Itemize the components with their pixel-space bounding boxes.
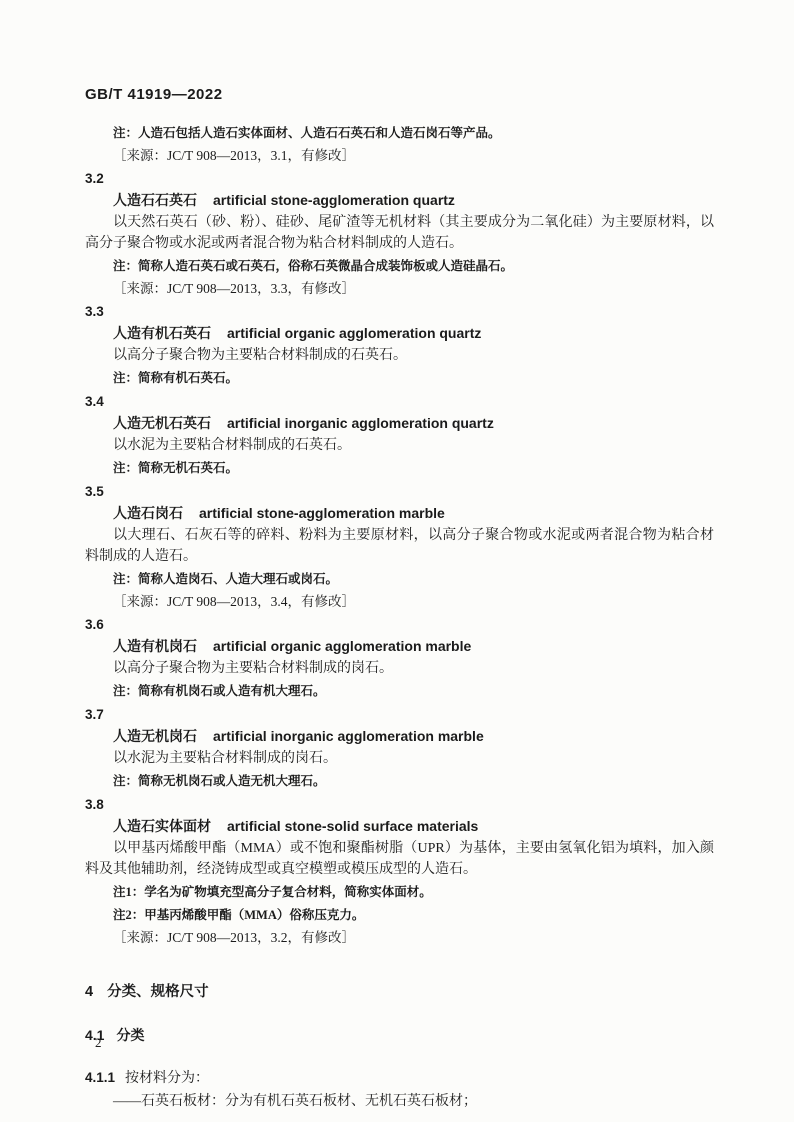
term-3-1-tail: 注：人造石包括人造石实体面材、人造石石英石和人造石岗石等产品。 ［来源：JC/T…: [85, 123, 714, 166]
term-3-5: 3.5 人造石岗石artificial stone-agglomeration …: [85, 481, 714, 612]
term-note: 注：简称人造岗石、人造大理石或岗石。: [113, 569, 714, 590]
term-heading: 人造无机岗石artificial inorganic agglomeration…: [113, 726, 714, 747]
term-note: 注：简称无机岗石或人造无机大理石。: [113, 771, 714, 792]
standard-number: GB/T 41919—2022: [85, 86, 714, 103]
term-3-4: 3.4 人造无机石英石artificial inorganic agglomer…: [85, 391, 714, 479]
term-note: 注：简称有机岗石或人造有机大理石。: [113, 681, 714, 702]
term-definition: 以高分子聚合物为主要粘合材料制成的岗石。: [85, 658, 714, 679]
source-reference: ［来源：JC/T 908—2013，3.3，有修改］: [113, 278, 714, 299]
term-note: 注：简称无机石英石。: [113, 458, 714, 479]
term-name-zh: 人造石石英石: [113, 192, 197, 208]
page-number: 2: [95, 1035, 102, 1051]
term-3-8: 3.8 人造石实体面材artificial stone-solid surfac…: [85, 794, 714, 948]
term-3-6: 3.6 人造有机岗石artificial organic agglomerati…: [85, 614, 714, 702]
list-item: ——石英石板材：分为有机石英石板材、无机石英石板材；: [85, 1091, 714, 1112]
clause-number: 4: [85, 984, 93, 1000]
term-note-2: 注2：甲基丙烯酸甲酯（MMA）俗称压克力。: [113, 905, 714, 926]
clause-4-1-1: 4.1.1按材料分为：: [85, 1067, 714, 1089]
term-3-7: 3.7 人造无机岗石artificial inorganic agglomera…: [85, 704, 714, 792]
term-name-zh: 人造无机石英石: [113, 415, 211, 431]
term-name-en: artificial stone-agglomeration quartz: [213, 192, 455, 208]
term-note: 注：人造石包括人造石实体面材、人造石石英石和人造石岗石等产品。: [113, 123, 714, 144]
source-reference: ［来源：JC/T 908—2013，3.2，有修改］: [113, 927, 714, 948]
term-name-en: artificial organic agglomeration marble: [213, 638, 471, 654]
term-note: 注：简称有机石英石。: [113, 368, 714, 389]
clause-4-heading: 4分类、规格尺寸: [85, 980, 714, 1001]
clause-title: 分类、规格尺寸: [107, 984, 209, 1000]
term-name-en: artificial stone-agglomeration marble: [199, 505, 445, 521]
term-note: 注：简称人造石英石或石英石，俗称石英微晶合成装饰板或人造硅晶石。: [113, 256, 714, 277]
term-definition: 以天然石英石（砂、粉）、硅砂、尾矿渣等无机材料（其主要成分为二氧化硅）为主要原材…: [85, 212, 714, 254]
document-page: GB/T 41919—2022 注：人造石包括人造石实体面材、人造石石英石和人造…: [0, 0, 794, 1122]
term-heading: 人造有机岗石artificial organic agglomeration m…: [113, 636, 714, 657]
term-heading: 人造无机石英石artificial inorganic agglomeratio…: [113, 413, 714, 434]
source-reference: ［来源：JC/T 908—2013，3.4，有修改］: [113, 591, 714, 612]
clause-number: 3.5: [85, 481, 714, 502]
clause-number: 3.7: [85, 704, 714, 725]
clause-number: 3.6: [85, 614, 714, 635]
term-name-en: artificial inorganic agglomeration marbl…: [213, 728, 484, 744]
page-content: GB/T 41919—2022 注：人造石包括人造石实体面材、人造石石英石和人造…: [0, 0, 794, 1112]
term-name-zh: 人造有机岗石: [113, 638, 197, 654]
clause-number: 3.2: [85, 168, 714, 189]
clause-4-1-heading: 4.1分类: [85, 1025, 714, 1045]
term-name-zh: 人造石岗石: [113, 505, 183, 521]
clause-title: 分类: [116, 1027, 144, 1043]
term-definition: 以水泥为主要粘合材料制成的石英石。: [85, 435, 714, 456]
clause-number: 3.8: [85, 794, 714, 815]
term-name-zh: 人造石实体面材: [113, 818, 211, 834]
term-name-zh: 人造无机岗石: [113, 728, 197, 744]
term-heading: 人造石石英石artificial stone-agglomeration qua…: [113, 190, 714, 211]
term-name-zh: 人造有机石英石: [113, 325, 211, 341]
term-name-en: artificial organic agglomeration quartz: [227, 325, 481, 341]
term-heading: 人造石岗石artificial stone-agglomeration marb…: [113, 503, 714, 524]
source-reference: ［来源：JC/T 908—2013，3.1，有修改］: [113, 145, 714, 166]
clause-number: 3.3: [85, 301, 714, 322]
term-definition: 以水泥为主要粘合材料制成的岗石。: [85, 748, 714, 769]
term-heading: 人造有机石英石artificial organic agglomeration …: [113, 323, 714, 344]
clause-number: 4.1.1: [85, 1070, 115, 1085]
term-name-en: artificial stone-solid surface materials: [227, 818, 478, 834]
term-note-1: 注1：学名为矿物填充型高分子复合材料，简称实体面材。: [113, 882, 714, 903]
term-3-3: 3.3 人造有机石英石artificial organic agglomerat…: [85, 301, 714, 389]
clause-text: 按材料分为：: [125, 1071, 209, 1086]
term-name-en: artificial inorganic agglomeration quart…: [227, 415, 494, 431]
term-3-2: 3.2 人造石石英石artificial stone-agglomeration…: [85, 168, 714, 299]
term-heading: 人造石实体面材artificial stone-solid surface ma…: [113, 816, 714, 837]
clause-number: 3.4: [85, 391, 714, 412]
term-definition: 以大理石、石灰石等的碎料、粉料为主要原材料，以高分子聚合物或水泥或两者混合物为粘…: [85, 525, 714, 567]
term-definition: 以甲基丙烯酸甲酯（MMA）或不饱和聚酯树脂（UPR）为基体，主要由氢氧化铝为填料…: [85, 838, 714, 880]
term-definition: 以高分子聚合物为主要粘合材料制成的石英石。: [85, 345, 714, 366]
